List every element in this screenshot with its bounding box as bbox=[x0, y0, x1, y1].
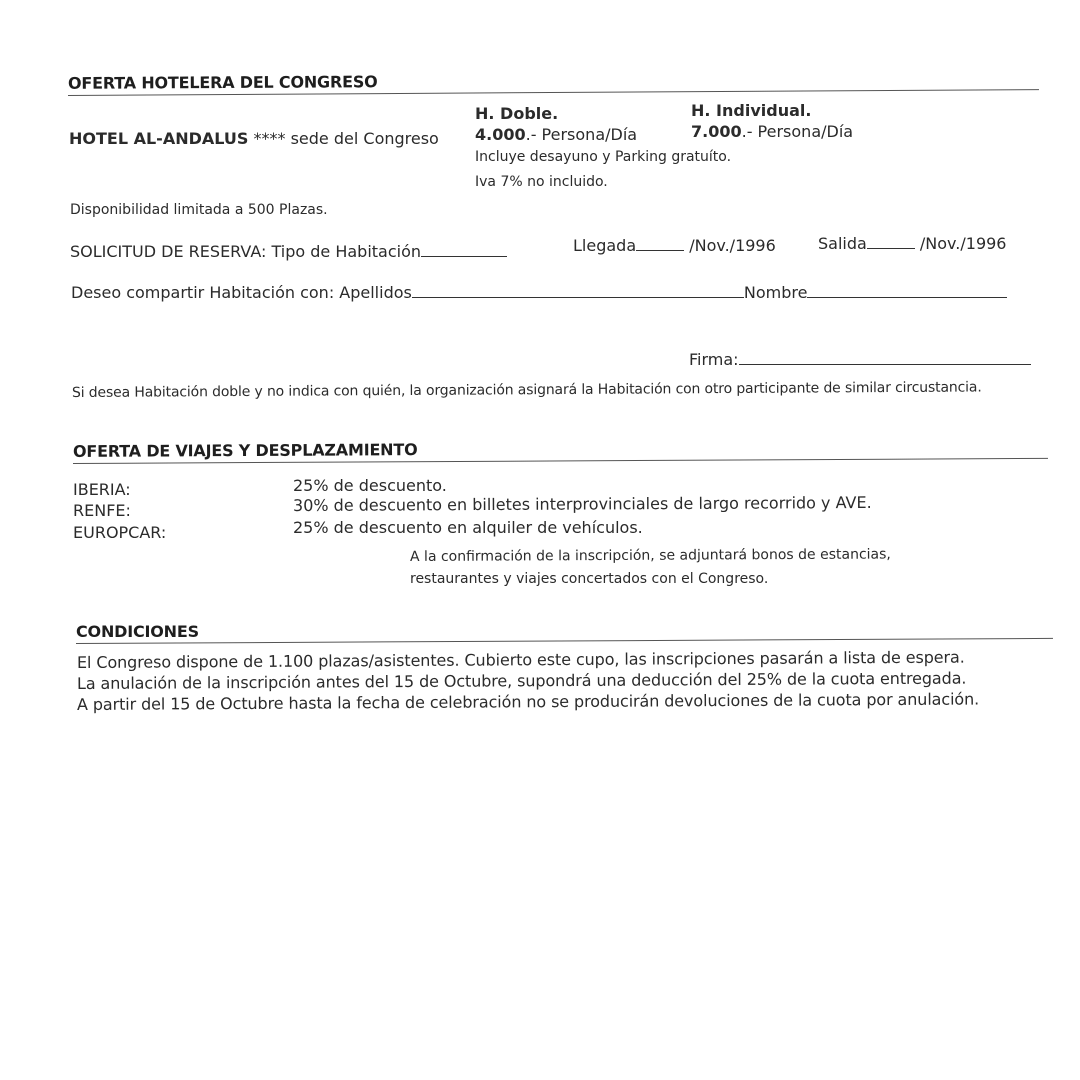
doble-unit: .- Persona/Día bbox=[526, 125, 637, 144]
name-field[interactable] bbox=[807, 285, 1007, 298]
name-label: Nombre bbox=[744, 283, 808, 302]
individual-price-line: 7.000.- Persona/Día bbox=[691, 122, 853, 141]
hotel-section-title: OFERTA HOTELERA DEL CONGRESO bbox=[68, 72, 378, 93]
condition-line-2: La anulación de la inscripción antes del… bbox=[77, 669, 966, 693]
departure-suffix: /Nov./1996 bbox=[920, 234, 1007, 253]
departure-line: Salida /Nov./1996 bbox=[818, 234, 1006, 253]
hotel-stars: **** bbox=[254, 129, 286, 148]
reservation-label: SOLICITUD DE RESERVA: Tipo de Habitación bbox=[70, 242, 421, 261]
signature-line: Firma: bbox=[689, 350, 1031, 369]
offer-discount-europcar: 25% de descuento en alquiler de vehículo… bbox=[293, 518, 643, 537]
arrival-line: Llegada /Nov./1996 bbox=[573, 236, 776, 255]
offer-company-renfe: RENFE: bbox=[73, 501, 131, 520]
share-label: Deseo compartir Habitación con: Apellido… bbox=[71, 283, 412, 302]
conditions-section-title: CONDICIONES bbox=[76, 622, 199, 641]
doble-label: H. Doble. bbox=[475, 104, 558, 123]
signature-field[interactable] bbox=[739, 352, 1031, 365]
departure-label: Salida bbox=[818, 234, 867, 253]
doble-price: 4.000 bbox=[475, 125, 526, 144]
travel-section-title: OFERTA DE VIAJES Y DESPLAZAMIENTO bbox=[73, 440, 418, 461]
travel-note-line1: A la confirmación de la inscripción, se … bbox=[410, 546, 891, 565]
signature-label: Firma: bbox=[689, 350, 739, 369]
departure-day-field[interactable] bbox=[867, 236, 915, 249]
surname-field[interactable] bbox=[412, 285, 744, 298]
hotel-note: sede del Congreso bbox=[291, 129, 439, 148]
room-type-field[interactable] bbox=[421, 244, 507, 257]
conditions-section-rule bbox=[76, 638, 1053, 644]
individual-price: 7.000 bbox=[691, 122, 742, 141]
iva-text: Iva 7% no incluido. bbox=[475, 174, 608, 190]
individual-unit: .- Persona/Día bbox=[742, 122, 853, 141]
share-line: Deseo compartir Habitación con: Apellido… bbox=[71, 283, 1007, 302]
availability-text: Disponibilidad limitada a 500 Plazas. bbox=[70, 202, 328, 218]
hotel-name-line: HOTEL AL-ANDALUS **** sede del Congreso bbox=[69, 129, 439, 148]
condition-line-1: El Congreso dispone de 1.100 plazas/asis… bbox=[77, 648, 965, 672]
arrival-suffix: /Nov./1996 bbox=[689, 236, 776, 255]
offer-discount-renfe: 30% de descuento en billetes interprovin… bbox=[293, 493, 872, 515]
arrival-day-field[interactable] bbox=[636, 238, 684, 251]
reservation-line: SOLICITUD DE RESERVA: Tipo de Habitación bbox=[70, 242, 507, 261]
offer-company-iberia: IBERIA: bbox=[73, 480, 131, 499]
travel-note-line2: restaurantes y viajes concertados con el… bbox=[410, 571, 768, 587]
individual-label: H. Individual. bbox=[691, 101, 811, 120]
includes-text: Incluye desayuno y Parking gratuíto. bbox=[475, 149, 731, 165]
condition-line-3: A partir del 15 de Octubre hasta la fech… bbox=[77, 689, 979, 714]
offer-company-europcar: EUROPCAR: bbox=[73, 523, 166, 542]
double-room-note: Si desea Habitación doble y no indica co… bbox=[72, 379, 982, 401]
hotel-name: HOTEL AL-ANDALUS bbox=[69, 129, 248, 148]
doble-price-line: 4.000.- Persona/Día bbox=[475, 125, 637, 144]
arrival-label: Llegada bbox=[573, 236, 636, 255]
offer-discount-iberia: 25% de descuento. bbox=[293, 476, 447, 495]
